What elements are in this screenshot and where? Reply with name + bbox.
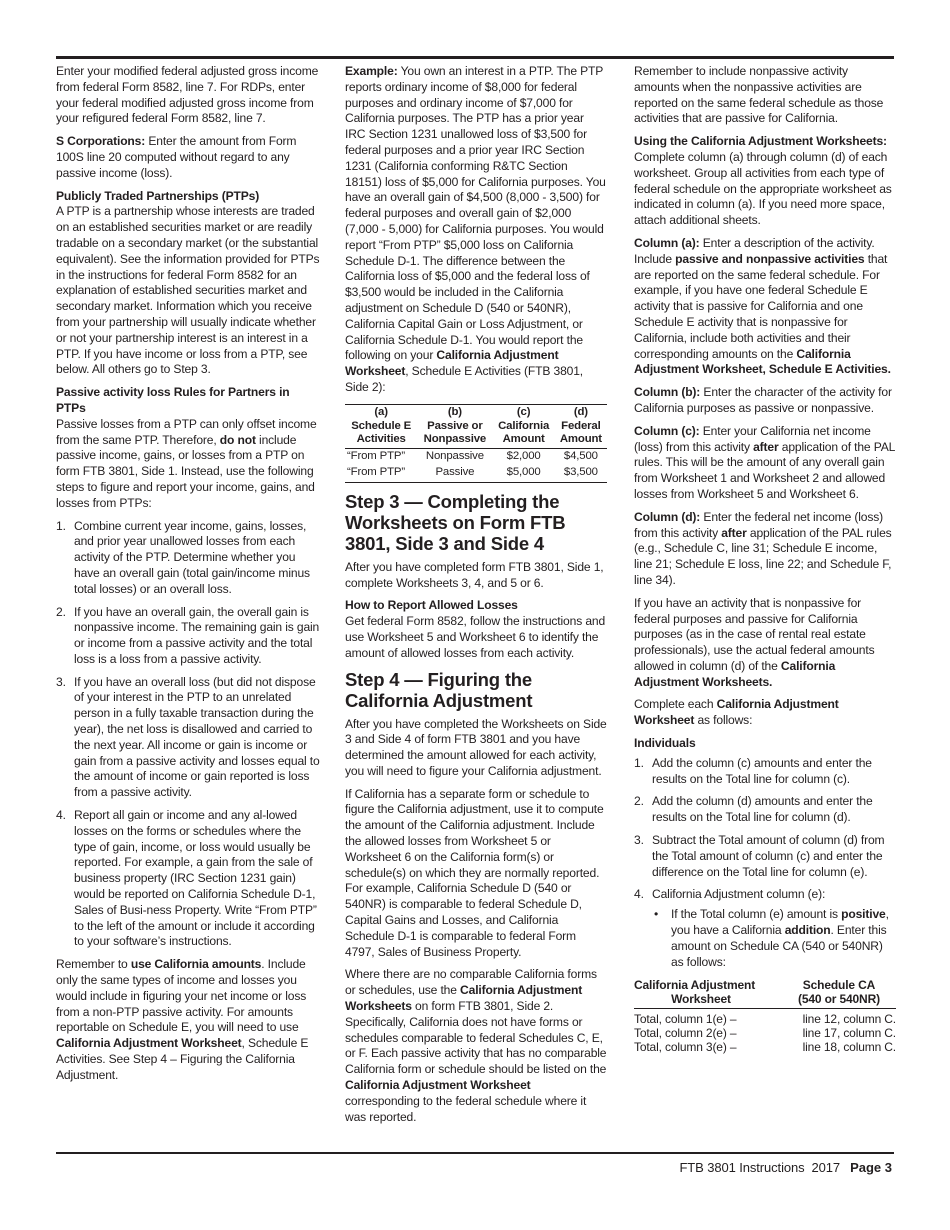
column-2: Example: You own an interest in a PTP. T… xyxy=(345,64,607,1132)
column-header: (a)Schedule EActivities xyxy=(345,404,417,448)
bullet-list: •If the Total column (e) amount is posit… xyxy=(652,907,896,970)
ptp-heading: Publicly Traded Partnerships (PTPs) xyxy=(56,189,320,205)
allowed-losses-heading: How to Report Allowed Losses xyxy=(345,598,607,614)
step-4-heading: Step 4 — Figuring the California Adjustm… xyxy=(345,669,607,711)
step-3-paragraph: After you have completed form FTB 3801, … xyxy=(345,560,607,592)
column-d-paragraph: Column (d): Enter the federal net income… xyxy=(634,510,896,589)
pal-rules-heading: Passive activity loss Rules for Partners… xyxy=(56,385,320,417)
column-header: (d)FederalAmount xyxy=(555,404,607,448)
column-header: (c)CaliforniaAmount xyxy=(493,404,555,448)
table-row: Total, column 1(e) –line 12, column C. xyxy=(634,1009,896,1027)
bullet-icon: • xyxy=(654,907,658,923)
page-number: Page 3 xyxy=(850,1160,892,1175)
using-worksheets-paragraph: Using the California Adjustment Workshee… xyxy=(634,134,896,229)
bullet-item: •If the Total column (e) amount is posit… xyxy=(652,907,896,970)
list-item: 2.Add the column (d) amounts and enter t… xyxy=(634,794,896,826)
example-paragraph: Example: You own an interest in a PTP. T… xyxy=(345,64,607,396)
pal-rules-paragraph: Passive losses from a PTP can only offse… xyxy=(56,417,320,512)
column-c-paragraph: Column (c): Enter your California net in… xyxy=(634,424,896,503)
list-item: 4.Report all gain or income and any al-l… xyxy=(56,808,320,950)
magi-paragraph: Enter your modified federal adjusted gro… xyxy=(56,64,320,127)
list-item: 1.Add the column (c) amounts and enter t… xyxy=(634,756,896,788)
list-item: 1.Combine current year income, gains, lo… xyxy=(56,519,320,598)
remember-california-amounts-paragraph: Remember to use California amounts. Incl… xyxy=(56,957,320,1083)
list-item: 3.If you have an overall loss (but did n… xyxy=(56,675,320,801)
allowed-losses-paragraph: Get federal Form 8582, follow the instru… xyxy=(345,614,607,661)
table-row: “From PTP” Nonpassive $2,000 $4,500 xyxy=(345,449,607,465)
top-rule xyxy=(56,56,894,59)
example-table: (a)Schedule EActivities (b)Passive orNon… xyxy=(345,404,607,483)
bottom-rule xyxy=(56,1152,894,1154)
ptp-paragraph: A PTP is a partnership whose interests a… xyxy=(56,204,320,378)
document-page: Enter your modified federal adjusted gro… xyxy=(0,0,950,1230)
column-a-paragraph: Column (a): Enter a description of the a… xyxy=(634,236,896,378)
footer-title: FTB 3801 Instructions 2017 xyxy=(679,1160,840,1175)
table-row: Total, column 3(e) –line 18, column C. xyxy=(634,1040,896,1054)
page-footer: FTB 3801 Instructions 2017Page 3 xyxy=(679,1160,892,1176)
nonpassive-reminder-paragraph: Remember to include nonpassive activity … xyxy=(634,64,896,127)
column-3: Remember to include nonpassive activity … xyxy=(634,64,896,1054)
column-header: Schedule CA(540 or 540NR) xyxy=(782,978,896,1009)
s-corporations-paragraph: S Corporations: Enter the amount from Fo… xyxy=(56,134,320,181)
column-1: Enter your modified federal adjusted gro… xyxy=(56,64,320,1091)
individuals-steps-list: 1.Add the column (c) amounts and enter t… xyxy=(634,756,896,971)
individuals-heading: Individuals xyxy=(634,736,896,752)
table-row: “From PTP” Passive $5,000 $3,500 xyxy=(345,465,607,482)
list-item: 3.Subtract the Total amount of column (d… xyxy=(634,833,896,880)
list-item: 2.If you have an overall gain, the overa… xyxy=(56,605,320,668)
step-3-heading: Step 3 — Completing the Worksheets on Fo… xyxy=(345,491,607,554)
step-4-paragraph-1: After you have completed the Worksheets … xyxy=(345,717,607,780)
nonpassive-federal-paragraph: If you have an activity that is nonpassi… xyxy=(634,596,896,691)
step-4-paragraph-3: Where there are no comparable California… xyxy=(345,967,607,1125)
column-header: (b)Passive orNonpassive xyxy=(417,404,492,448)
list-item: 4.California Adjustment column (e): •If … xyxy=(634,887,896,970)
ptp-steps-list: 1.Combine current year income, gains, lo… xyxy=(56,519,320,951)
step-4-paragraph-2: If California has a separate form or sch… xyxy=(345,787,607,961)
column-header: California AdjustmentWorksheet xyxy=(634,978,782,1009)
complete-worksheet-paragraph: Complete each California Adjustment Work… xyxy=(634,697,896,729)
schedule-ca-table: California AdjustmentWorksheet Schedule … xyxy=(634,978,896,1054)
column-b-paragraph: Column (b): Enter the character of the a… xyxy=(634,385,896,417)
table-row: Total, column 2(e) –line 17, column C. xyxy=(634,1026,896,1040)
